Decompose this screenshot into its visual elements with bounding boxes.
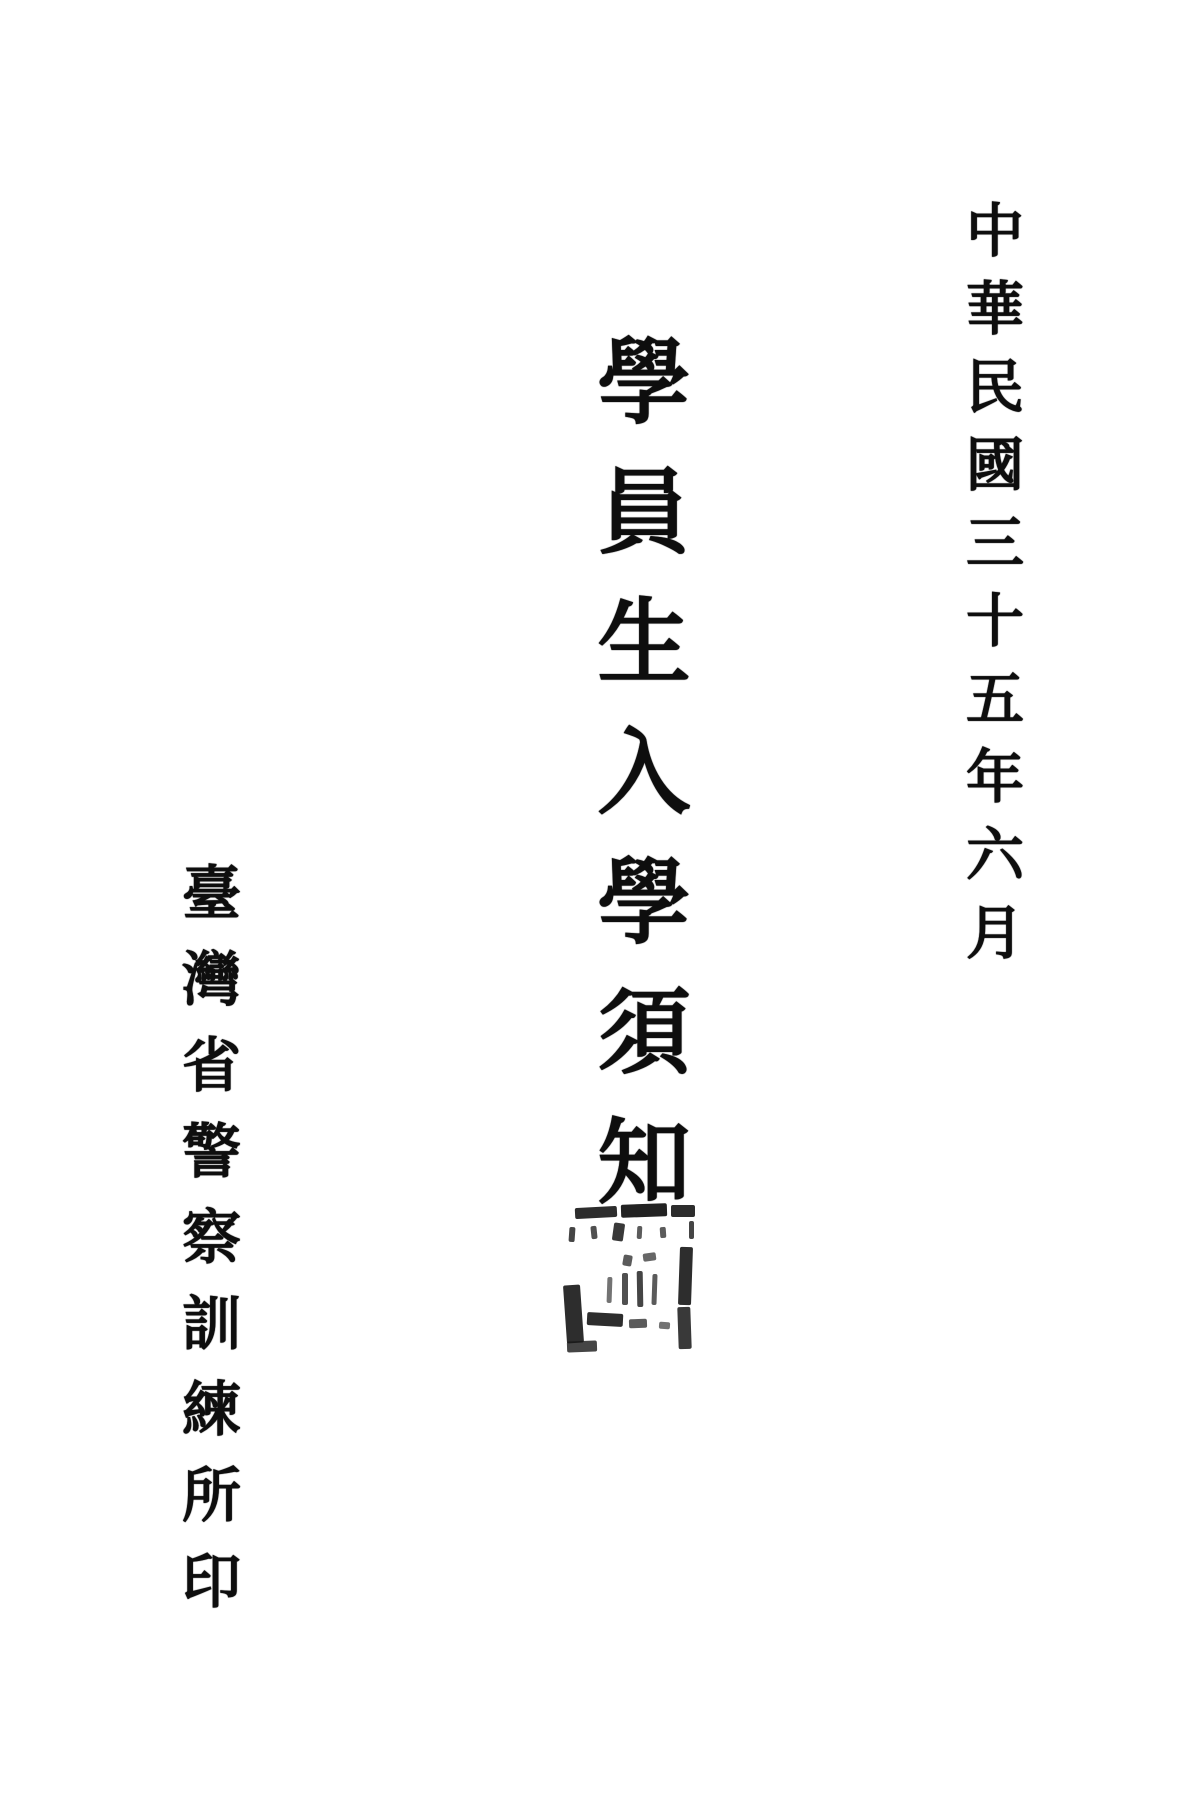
- ink-mark: [629, 1319, 647, 1329]
- ink-mark: [567, 1340, 597, 1352]
- page-title: 學員生入學須知: [588, 333, 681, 1243]
- ink-mark: [659, 1322, 670, 1330]
- ink-mark: [677, 1307, 691, 1349]
- ink-mark: [575, 1206, 618, 1219]
- ink-mark: [622, 1254, 633, 1266]
- publisher-column: 臺灣省警察訓練所印: [176, 862, 235, 1636]
- ink-mark: [587, 1312, 624, 1327]
- ink-mark: [651, 1274, 657, 1305]
- ink-mark: [671, 1205, 695, 1217]
- ink-mark: [568, 1227, 575, 1242]
- ink-mark: [637, 1271, 644, 1307]
- ink-mark: [678, 1247, 693, 1305]
- ink-mark: [622, 1273, 628, 1305]
- seal-stamp: [563, 1203, 699, 1359]
- ink-mark: [612, 1222, 625, 1241]
- date-column: 中華民國三十五年六月: [960, 200, 1018, 980]
- ink-mark: [621, 1203, 667, 1218]
- scanned-page: 中華民國三十五年六月 學員生入學須知 臺灣省警察訓練所印: [0, 0, 1200, 1800]
- ink-mark: [607, 1277, 613, 1303]
- ink-mark: [637, 1226, 643, 1239]
- ink-mark: [563, 1284, 584, 1343]
- ink-mark: [643, 1252, 657, 1262]
- ink-mark: [660, 1227, 667, 1238]
- ink-mark: [590, 1226, 597, 1240]
- ink-mark: [689, 1221, 694, 1239]
